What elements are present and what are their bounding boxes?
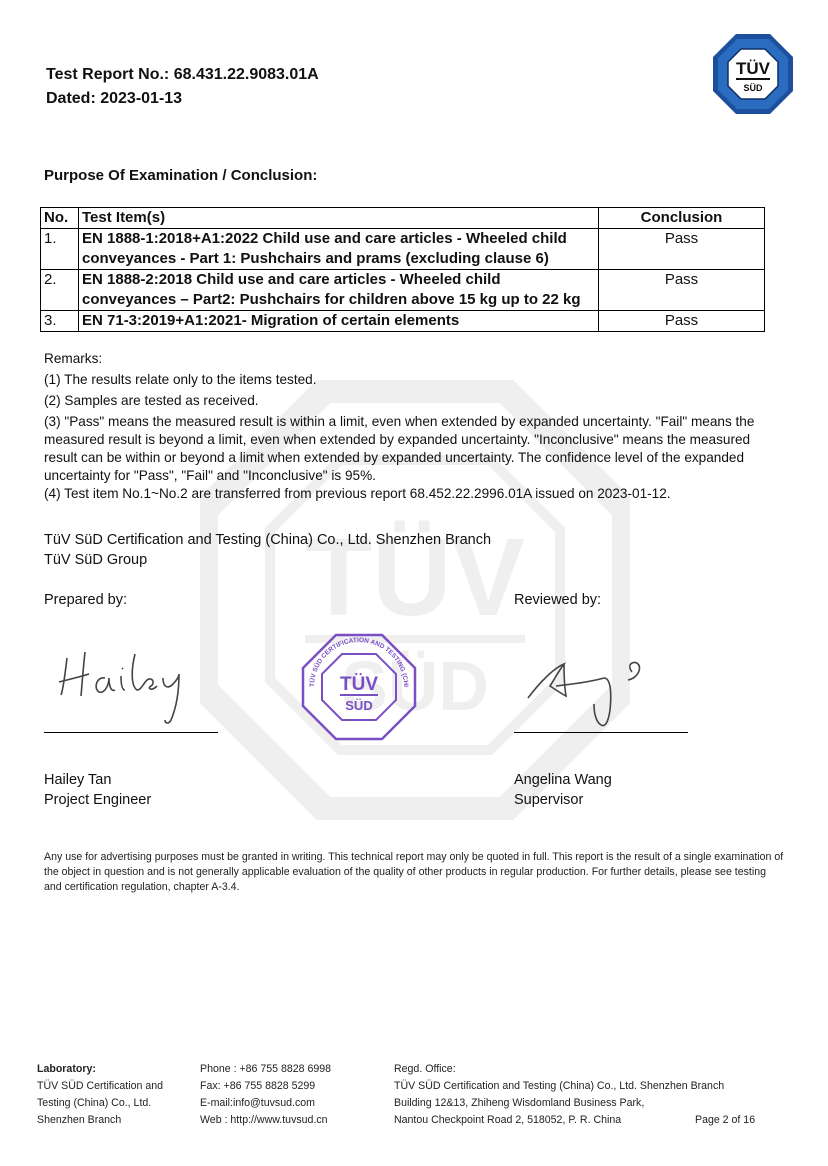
- preparer-block: Hailey Tan Project Engineer: [44, 770, 151, 810]
- preparer-signature-icon: [55, 640, 195, 730]
- preparer-signature-line: [44, 732, 218, 733]
- report-number: Test Report No.: 68.431.22.9083.01A: [46, 66, 319, 84]
- remark-item: (3) "Pass" means the measured result is …: [44, 413, 774, 485]
- reviewer-signature-line: [514, 732, 688, 733]
- footer-email[interactable]: E-mail:info@tuvsud.com: [200, 1095, 331, 1112]
- footer-web[interactable]: Web : http://www.tuvsud.cn: [200, 1112, 331, 1129]
- row-number: 1.: [41, 229, 79, 270]
- preparer-title: Project Engineer: [44, 790, 151, 810]
- remarks-title: Remarks:: [44, 350, 774, 368]
- tuv-sud-logo-icon: TÜV SÜD: [712, 33, 794, 115]
- footer-lab-line: TÜV SÜD Certification and: [37, 1078, 163, 1095]
- results-table: No. Test Item(s) Conclusion 1. EN 1888-1…: [40, 207, 765, 332]
- footer-phone: Phone : +86 755 8828 6998: [200, 1061, 331, 1078]
- row-conclusion: Pass: [599, 229, 765, 270]
- footer-fax: Fax: +86 755 8828 5299: [200, 1078, 331, 1095]
- footer-office-title: Regd. Office:: [394, 1061, 724, 1078]
- test-item-line: conveyances - Part 1: Pushchairs and pra…: [82, 249, 595, 269]
- row-test-item: EN 1888-2:2018 Child use and care articl…: [79, 270, 599, 311]
- company-stamp-icon: TÜV SÜD CERTIFICATION AND TESTING (CHINA…: [300, 632, 418, 742]
- test-item-line: conveyances – Part2: Pushchairs for chil…: [82, 290, 595, 310]
- reviewer-block: Angelina Wang Supervisor: [514, 770, 612, 810]
- footer-office: Regd. Office: TÜV SÜD Certification and …: [394, 1061, 724, 1129]
- row-test-item: EN 1888-1:2018+A1:2022 Child use and car…: [79, 229, 599, 270]
- company-block: TüV SüD Certification and Testing (China…: [44, 530, 491, 570]
- svg-text:TÜV: TÜV: [736, 59, 771, 78]
- remark-item: (4) Test item No.1~No.2 are transferred …: [44, 485, 774, 503]
- footer-office-line: TÜV SÜD Certification and Testing (China…: [394, 1078, 724, 1095]
- row-number: 3.: [41, 311, 79, 332]
- table-row: 3. EN 71-3:2019+A1:2021- Migration of ce…: [41, 311, 765, 332]
- remark-item: (1) The results relate only to the items…: [44, 371, 774, 389]
- disclaimer-text: Any use for advertising purposes must be…: [44, 850, 784, 895]
- reviewer-name: Angelina Wang: [514, 770, 612, 790]
- footer-contact: Phone : +86 755 8828 6998 Fax: +86 755 8…: [200, 1061, 331, 1129]
- reviewer-signature-icon: [520, 650, 670, 735]
- preparer-name: Hailey Tan: [44, 770, 151, 790]
- table-row: 1. EN 1888-1:2018+A1:2022 Child use and …: [41, 229, 765, 270]
- row-conclusion: Pass: [599, 270, 765, 311]
- section-title: Purpose Of Examination / Conclusion:: [44, 167, 317, 184]
- footer-office-line: Building 12&13, Zhiheng Wisdomland Busin…: [394, 1095, 724, 1112]
- reviewer-title: Supervisor: [514, 790, 612, 810]
- prepared-by-label: Prepared by:: [44, 592, 127, 608]
- company-name: TüV SüD Certification and Testing (China…: [44, 530, 491, 550]
- footer-lab-line: Shenzhen Branch: [37, 1112, 163, 1129]
- svg-text:TÜV: TÜV: [340, 674, 378, 695]
- remark-item: (2) Samples are tested as received.: [44, 392, 774, 410]
- company-group: TüV SüD Group: [44, 550, 491, 570]
- col-header-no: No.: [41, 208, 79, 229]
- remarks-section: Remarks: (1) The results relate only to …: [44, 350, 774, 506]
- table-header-row: No. Test Item(s) Conclusion: [41, 208, 765, 229]
- table-row: 2. EN 1888-2:2018 Child use and care art…: [41, 270, 765, 311]
- test-item-line: EN 1888-2:2018 Child use and care articl…: [82, 270, 595, 290]
- report-date: Dated: 2023-01-13: [46, 90, 182, 108]
- test-item-line: EN 71-3:2019+A1:2021- Migration of certa…: [82, 311, 595, 331]
- footer-lab-title: Laboratory:: [37, 1063, 96, 1075]
- svg-text:SÜD: SÜD: [743, 83, 763, 93]
- col-header-item: Test Item(s): [79, 208, 599, 229]
- row-number: 2.: [41, 270, 79, 311]
- footer-lab-line: Testing (China) Co., Ltd.: [37, 1095, 163, 1112]
- svg-text:SÜD: SÜD: [345, 698, 372, 713]
- footer-lab: Laboratory: TÜV SÜD Certification and Te…: [37, 1061, 163, 1129]
- col-header-conclusion: Conclusion: [599, 208, 765, 229]
- row-conclusion: Pass: [599, 311, 765, 332]
- page-number: Page 2 of 16: [695, 1112, 755, 1129]
- footer-office-line: Nantou Checkpoint Road 2, 518052, P. R. …: [394, 1112, 724, 1129]
- reviewed-by-label: Reviewed by:: [514, 592, 601, 608]
- test-item-line: EN 1888-1:2018+A1:2022 Child use and car…: [82, 229, 595, 249]
- row-test-item: EN 71-3:2019+A1:2021- Migration of certa…: [79, 311, 599, 332]
